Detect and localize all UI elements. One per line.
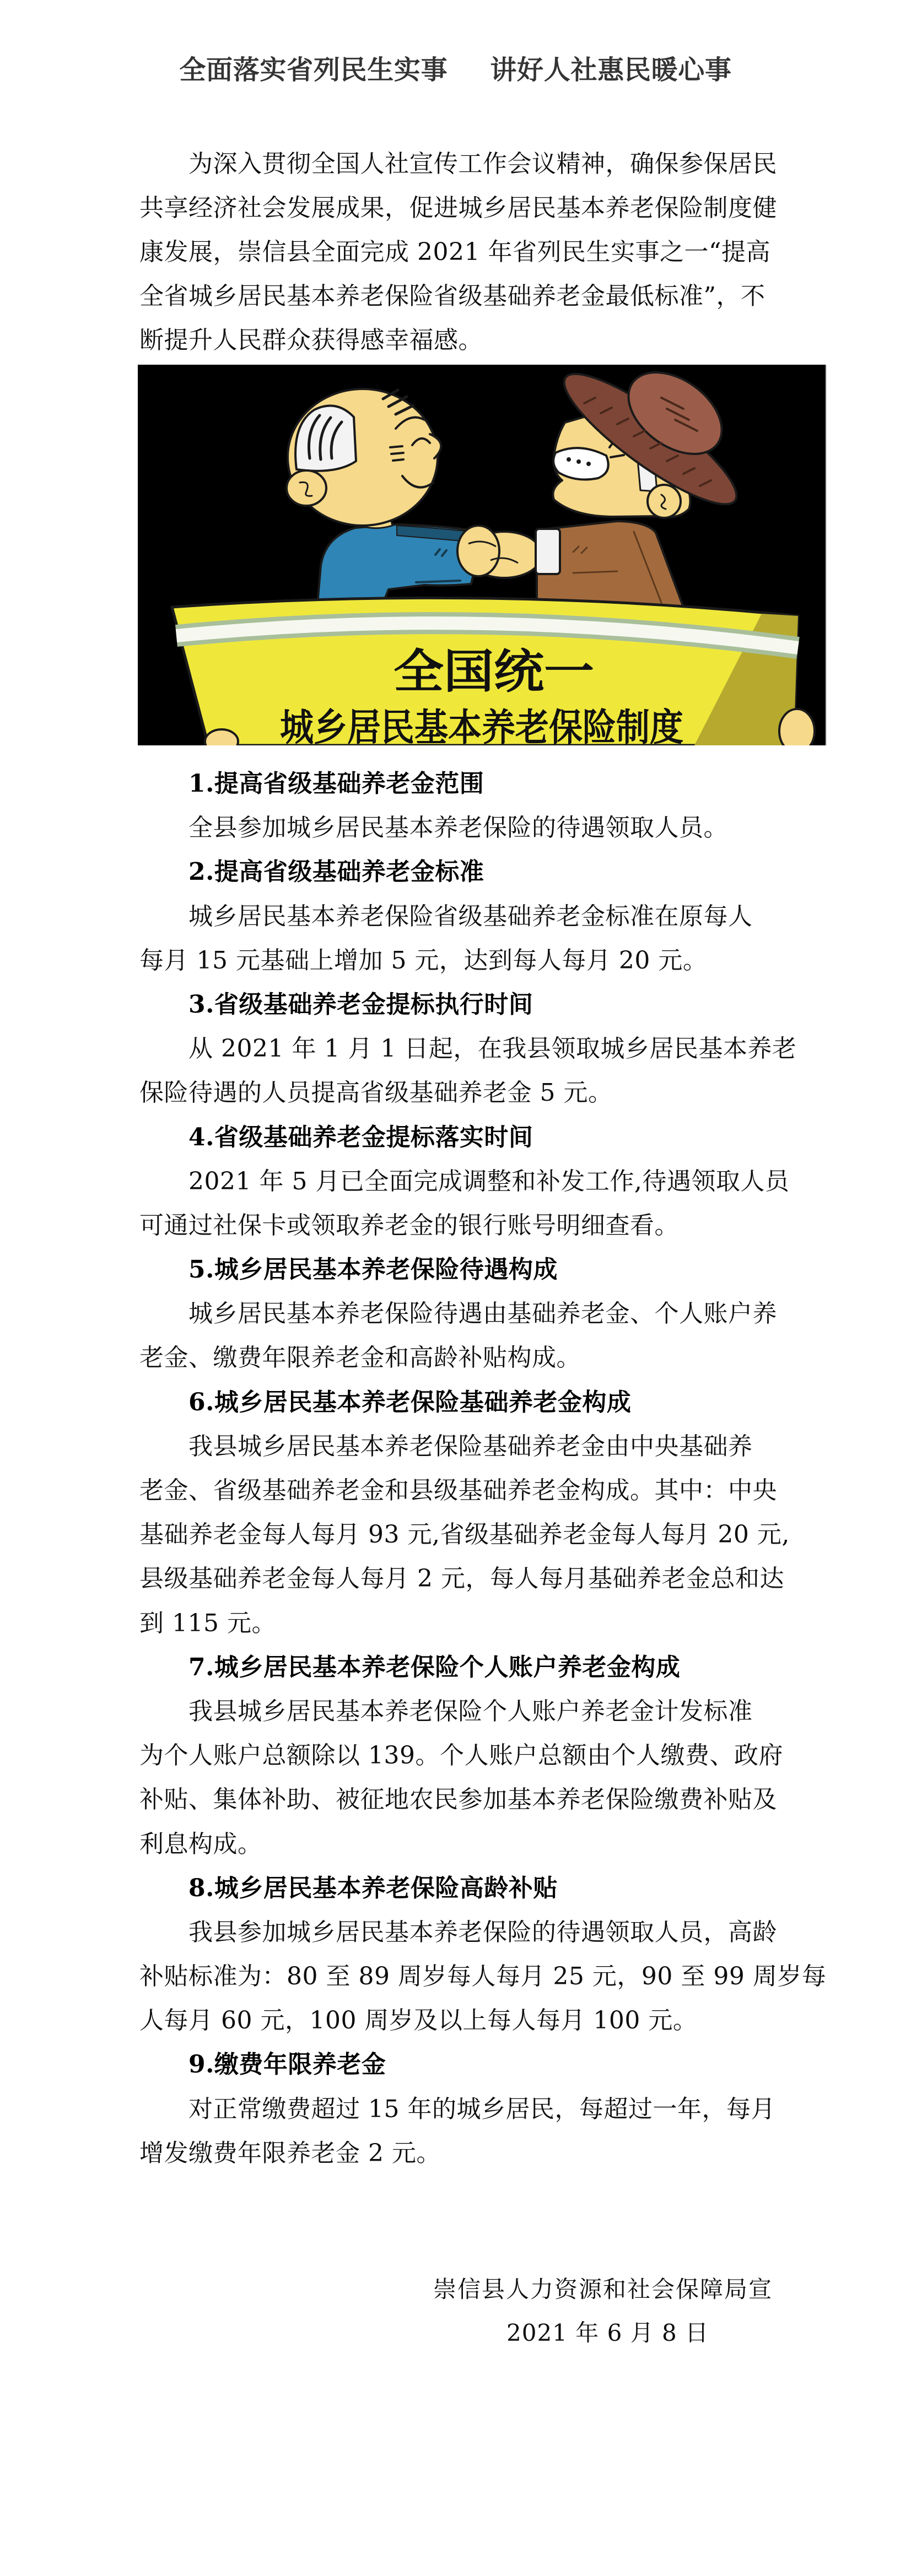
section-1: 1.提高省级基础养老金范围 全县参加城乡居民基本养老保险的待遇领取人员。 (139, 762, 828, 850)
section-2: 2.提高省级基础养老金标准 城乡居民基本养老保险省级基础养老金标准在原每人 每月… (139, 850, 828, 983)
pension-cartoon-illustration: 全国统一 城乡居民基本养老保险制度 (138, 365, 827, 745)
intro-paragraph: 为深入贯彻全国人社宣传工作会议精神，确保参保居民 共享经济社会发展成果，促进城乡… (139, 142, 828, 362)
issue-date: 2021 年 6 月 8 日 (506, 2311, 709, 2355)
white-shirt-cuff (536, 529, 560, 574)
title-part-1: 全面落实省列民生实事 (179, 53, 448, 86)
section-6: 6.城乡居民基本养老保险基础养老金构成 我县城乡居民基本养老保险基础养老金由中央… (139, 1381, 828, 1646)
section-heading: 9.缴费年限养老金 (139, 2043, 828, 2087)
section-line: 到 115 元。 (139, 1601, 828, 1646)
section-line: 从 2021 年 1 月 1 日起，在我县领取城乡居民基本养老 (139, 1027, 828, 1071)
banner-holding-hand-right (779, 709, 815, 745)
section-line: 城乡居民基本养老保险省级基础养老金标准在原每人 (139, 895, 828, 939)
left-man-hand (457, 526, 499, 576)
image-edge (826, 365, 827, 745)
policy-sections: 1.提高省级基础养老金范围 全县参加城乡居民基本养老保险的待遇领取人员。 2.提… (139, 762, 828, 2175)
banner-subtitle: 城乡居民基本养老保险制度 (280, 706, 683, 745)
section-line: 城乡居民基本养老保险待遇由基础养老金、个人账户养 (139, 1292, 828, 1336)
section-line: 为个人账户总额除以 139。个人账户总额由个人缴费、政府 (139, 1734, 828, 1778)
section-line: 每月 15 元基础上增加 5 元，达到每人每月 20 元。 (139, 939, 828, 983)
section-7: 7.城乡居民基本养老保险个人账户养老金构成 我县城乡居民基本养老保险个人账户养老… (139, 1646, 828, 1866)
section-heading: 1.提高省级基础养老金范围 (139, 762, 828, 806)
banner-headline: 全国统一 (393, 645, 594, 699)
intro-line: 断提升人民群众获得感幸福感。 (139, 318, 828, 362)
yellow-banner: 全国统一 城乡居民基本养老保险制度 (172, 598, 815, 745)
left-ear (287, 470, 326, 506)
section-3: 3.省级基础养老金提标执行时间 从 2021 年 1 月 1 日起，在我县领取城… (139, 983, 828, 1116)
section-line: 人每月 60 元，100 周岁及以上每人每月 100 元。 (139, 1999, 828, 2043)
handshake (457, 526, 560, 578)
mustache-dot (586, 462, 591, 466)
section-line: 全县参加城乡居民基本养老保险的待遇领取人员。 (139, 806, 828, 850)
section-line: 补贴、集体补助、被征地农民参加基本养老保险缴费补贴及 (139, 1778, 828, 1822)
section-4: 4.省级基础养老金提标落实时间 2021 年 5 月已全面完成调整和补发工作,待… (139, 1116, 828, 1248)
cartoon-svg: 全国统一 城乡居民基本养老保险制度 (138, 365, 827, 745)
section-heading: 3.省级基础养老金提标执行时间 (139, 983, 828, 1027)
intro-line: 共享经济社会发展成果，促进城乡居民基本养老保险制度健 (139, 186, 828, 230)
section-9: 9.缴费年限养老金 对正常缴费超过 15 年的城乡居民，每超过一年，每月 增发缴… (139, 2043, 828, 2175)
intro-line: 康发展，崇信县全面完成 2021 年省列民生实事之一“提高 (139, 230, 828, 274)
section-heading: 7.城乡居民基本养老保险个人账户养老金构成 (139, 1646, 828, 1690)
section-line: 对正常缴费超过 15 年的城乡居民，每超过一年，每月 (139, 2087, 828, 2131)
section-line: 保险待遇的人员提高省级基础养老金 5 元。 (139, 1071, 828, 1115)
section-line: 我县城乡居民基本养老保险个人账户养老金计发标准 (139, 1690, 828, 1734)
section-heading: 2.提高省级基础养老金标准 (139, 850, 828, 894)
section-line: 我县城乡居民基本养老保险基础养老金由中央基础养 (139, 1425, 828, 1469)
section-line: 利息构成。 (139, 1822, 828, 1866)
section-line: 我县参加城乡居民基本养老保险的待遇领取人员，高龄 (139, 1911, 828, 1955)
title-part-2: 讲好人社惠民暖心事 (490, 53, 731, 86)
banner-holding-hand-left (205, 729, 238, 745)
page-title: 全面落实省列民生实事 讲好人社惠民暖心事 (0, 53, 911, 86)
intro-line: 全省城乡居民基本养老保险省级基础养老金最低标准”，不 (139, 274, 828, 318)
section-5: 5.城乡居民基本养老保险待遇构成 城乡居民基本养老保险待遇由基础养老金、个人账户… (139, 1248, 828, 1381)
section-line: 老金、省级基础养老金和县级基础养老金构成。其中：中央 (139, 1469, 828, 1513)
intro-line: 为深入贯彻全国人社宣传工作会议精神，确保参保居民 (139, 142, 828, 186)
white-mustache (553, 448, 608, 479)
section-line: 补贴标准为：80 至 89 周岁每人每月 25 元，90 至 99 周岁每 (139, 1955, 828, 1999)
section-heading: 8.城乡居民基本养老保险高龄补贴 (139, 1866, 828, 1911)
section-heading: 4.省级基础养老金提标落实时间 (139, 1116, 828, 1160)
section-line: 2021 年 5 月已全面完成调整和补发工作,待遇领取人员 (139, 1160, 828, 1204)
section-heading: 5.城乡居民基本养老保险待遇构成 (139, 1248, 828, 1292)
mustache-dot (576, 459, 581, 464)
section-line: 县级基础养老金每人每月 2 元，每人每月基础养老金总和达 (139, 1557, 828, 1601)
section-line: 增发缴费年限养老金 2 元。 (139, 2131, 828, 2175)
mustache-dot (567, 457, 571, 462)
section-8: 8.城乡居民基本养老保险高龄补贴 我县参加城乡居民基本养老保险的待遇领取人员，高… (139, 1866, 828, 2043)
issuing-organization: 崇信县人力资源和社会保障局宣 (433, 2267, 773, 2312)
section-heading: 6.城乡居民基本养老保险基础养老金构成 (139, 1381, 828, 1425)
section-line: 基础养老金每人每月 93 元,省级基础养老金每人每月 20 元, (139, 1513, 828, 1557)
section-line: 可通过社保卡或领取养老金的银行账号明细查看。 (139, 1204, 828, 1248)
section-line: 老金、缴费年限养老金和高龄补贴构成。 (139, 1336, 828, 1380)
